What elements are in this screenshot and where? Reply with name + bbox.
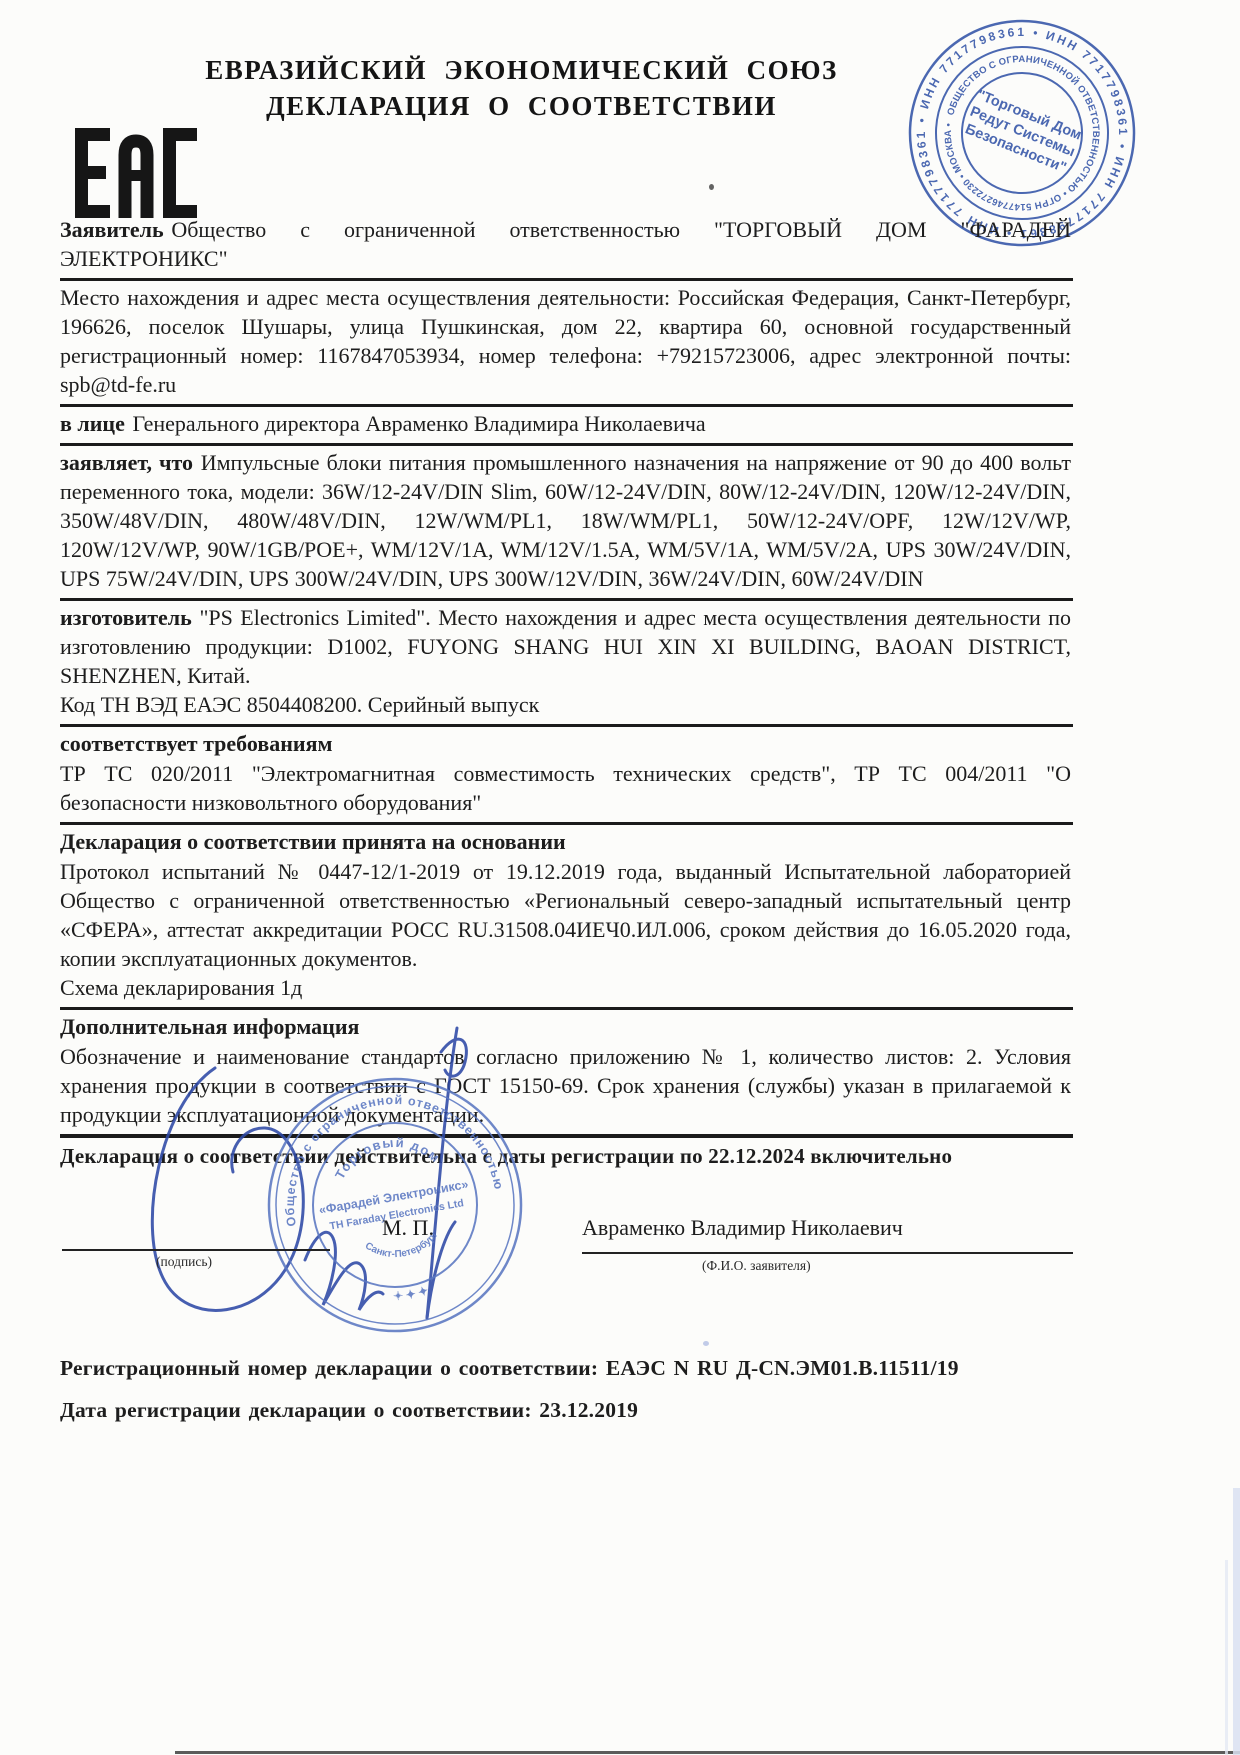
registration-number: Регистрационный номер декларации о соотв…	[60, 1356, 1073, 1381]
complies-value: ТР ТС 020/2011 "Электромагнитная совмест…	[60, 759, 1071, 817]
svg-text:Торговый дом: Торговый дом	[327, 1126, 445, 1184]
name-line	[582, 1252, 1073, 1254]
declares-label: заявляет, что	[60, 450, 193, 475]
signer-name: Авраменко Владимир Николаевич	[582, 1215, 903, 1241]
tnved-value: Код ТН ВЭД ЕАЭС 8504408200. Серийный вып…	[60, 690, 1071, 719]
in-face-label: в лице	[60, 411, 125, 436]
name-caption: (Ф.И.О. заявителя)	[702, 1258, 811, 1274]
section-basis: Декларация о соответствии принята на осн…	[60, 825, 1073, 1010]
signature-caption: (подпись)	[156, 1254, 212, 1270]
declaration-document: ЕВРАЗИЙСКИЙ ЭКОНОМИЧЕСКИЙ СОЮЗ ДЕКЛАРАЦИ…	[0, 0, 1240, 1755]
document-body: ЗаявительОбщество с ограниченной ответст…	[60, 213, 1073, 1423]
declares-value: Импульсные блоки питания промышленного н…	[60, 450, 1071, 591]
eac-mark-icon	[75, 128, 197, 223]
registration-date: Дата регистрации декларации о соответств…	[60, 1398, 1073, 1423]
section-complies: соответствует требованиям ТР ТС 020/2011…	[60, 727, 1073, 825]
basis-value: Протокол испытаний № 0447-12/1-2019 от 1…	[60, 857, 1071, 973]
address-value: Место нахождения и адрес места осуществл…	[60, 283, 1071, 399]
title-declaration: ДЕКЛАРАЦИЯ О СООТВЕТСТВИИ	[60, 88, 983, 124]
in-face-value: Генерального директора Авраменко Владими…	[133, 411, 706, 436]
scan-edge-strip	[1233, 1488, 1240, 1755]
complies-label: соответствует требованиям	[60, 729, 1071, 759]
scan-edge-strip2	[1225, 1560, 1228, 1755]
section-manufacturer: изготовитель"PS Electronics Limited". Ме…	[60, 601, 1073, 727]
applicant-label: Заявитель	[60, 217, 164, 242]
stamp-place-label: М. П.	[382, 1215, 434, 1241]
scheme-value: Схема декларирования 1д	[60, 973, 1071, 1002]
bottom-stamp-arc-top: Торговый дом	[327, 1126, 445, 1184]
section-declares: заявляет, чтоИмпульсные блоки питания пр…	[60, 446, 1073, 601]
applicant-value: Общество с ограниченной ответственностью…	[60, 217, 1071, 271]
section-in-face: в лицеГенерального директора Авраменко В…	[60, 407, 1073, 446]
section-address: Место нахождения и адрес места осуществл…	[60, 281, 1073, 407]
scan-edge-line	[175, 1751, 1240, 1755]
signature-block: Общество с ограниченной ответственностью…	[60, 1177, 1073, 1344]
manufacturer-label: изготовитель	[60, 605, 192, 630]
faraday-company-stamp: Общество с ограниченной ответственностью…	[260, 1070, 530, 1340]
signature-line	[62, 1249, 330, 1251]
manufacturer-value: "PS Electronics Limited". Место нахожден…	[60, 605, 1071, 688]
scan-speck	[709, 184, 714, 190]
section-applicant: ЗаявительОбщество с ограниченной ответст…	[60, 213, 1073, 281]
basis-label: Декларация о соответствии принята на осн…	[60, 827, 1071, 857]
title-union: ЕВРАЗИЙСКИЙ ЭКОНОМИЧЕСКИЙ СОЮЗ	[60, 52, 983, 88]
